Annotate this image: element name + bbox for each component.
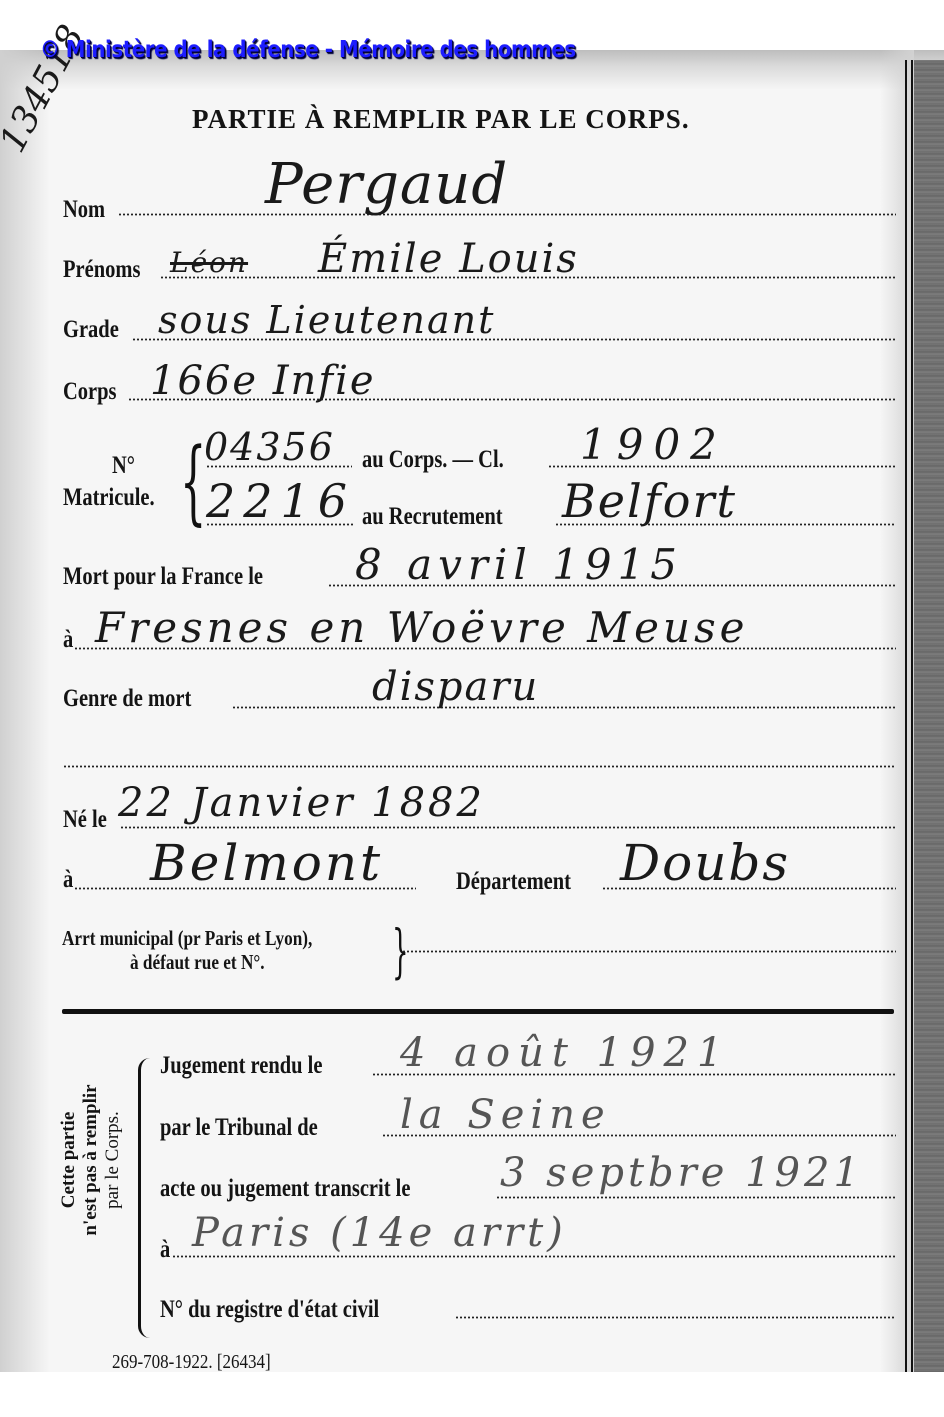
nom-value: Pergaud <box>265 152 508 217</box>
side-note-bracket <box>138 1058 152 1338</box>
grade-value: sous Lieutenant <box>158 298 495 342</box>
matricule-recrutement-number: 2216 <box>206 474 355 528</box>
prenoms-label: Prénoms <box>63 256 140 284</box>
ne-le-value: 22 Janvier 1882 <box>118 780 485 826</box>
prenoms-value: Émile Louis <box>318 236 579 282</box>
section-divider <box>62 1009 894 1014</box>
side-note-line: par le Corps. <box>102 1030 124 1290</box>
genre-mort-label: Genre de mort <box>63 685 191 713</box>
copyright-watermark: © Ministère de la défense - Mémoire des … <box>40 37 576 63</box>
departement-label: Département <box>456 868 571 896</box>
corps-label: Corps <box>63 378 117 406</box>
tribunal-label: par le Tribunal de <box>160 1114 318 1142</box>
transcrit-lieu-label: à <box>160 1236 170 1264</box>
scan-edge-shading <box>880 50 914 1372</box>
border-line <box>911 60 913 1372</box>
border-line <box>905 60 907 1372</box>
transcrit-label: acte ou jugement transcrit le <box>160 1175 410 1203</box>
side-note-line: Cette partie <box>58 1030 80 1290</box>
transcrit-value: 3 septbre 1921 <box>500 1150 863 1196</box>
matricule-label: Matricule. <box>63 484 155 512</box>
matricule-brace: { <box>180 436 206 528</box>
scan-edge-shading <box>0 50 50 1372</box>
recrutement-label: au Recrutement <box>362 503 503 531</box>
mort-lieu-value: Fresnes en Woëvre Meuse <box>95 603 748 652</box>
mort-lieu-label: à <box>63 626 73 654</box>
arrondissement-sublabel: à défaut rue et N°. <box>130 950 265 975</box>
genre-mort-value: disparu <box>372 664 539 710</box>
scan-binding-edge <box>914 60 944 1372</box>
form-reference-code: 269-708-1922. [26434] <box>112 1351 271 1374</box>
side-note: Cette partie n'est pas à remplir par le … <box>58 1030 124 1290</box>
grade-label: Grade <box>63 316 119 344</box>
ne-lieu-label: à <box>63 866 73 894</box>
genre-mort-line <box>232 706 896 709</box>
form-title: PARTIE À REMPLIR PAR LE CORPS. <box>192 104 690 135</box>
recrutement-value: Belfort <box>562 474 737 528</box>
ne-lieu-value: Belmont <box>150 834 383 892</box>
matricule-corps-number: 04356 <box>204 425 335 469</box>
prenoms-struck-value: Léon <box>170 246 248 279</box>
transcrit-line <box>496 1196 896 1199</box>
departement-value: Doubs <box>620 834 790 892</box>
mort-date-label: Mort pour la France le <box>63 563 263 591</box>
matricule-corps-label: au Corps. — Cl. <box>362 446 504 474</box>
ne-le-label: Né le <box>63 806 107 834</box>
mort-date-value: 8 avril 1915 <box>355 540 683 589</box>
ne-le-line <box>120 826 896 829</box>
classe-value: 1902 <box>580 420 727 469</box>
blank-line <box>63 765 896 768</box>
arrondissement-label: Arrt municipal (pr Paris et Lyon), <box>62 926 312 951</box>
transcrit-lieu-value: Paris (14e arrt) <box>192 1210 567 1256</box>
registre-label: N° du registre d'état civil <box>160 1296 379 1324</box>
corps-value: 166e Infie <box>150 358 376 404</box>
jugement-rendu-value: 4 août 1921 <box>400 1030 730 1076</box>
jugement-rendu-label: Jugement rendu le <box>160 1052 322 1080</box>
arrondissement-line <box>402 950 896 953</box>
matricule-label-no: N° <box>112 452 135 480</box>
registre-line <box>455 1316 896 1319</box>
side-note-line: n'est pas à remplir <box>80 1030 102 1290</box>
nom-label: Nom <box>63 196 105 224</box>
tribunal-value: la Seine <box>400 1092 611 1138</box>
